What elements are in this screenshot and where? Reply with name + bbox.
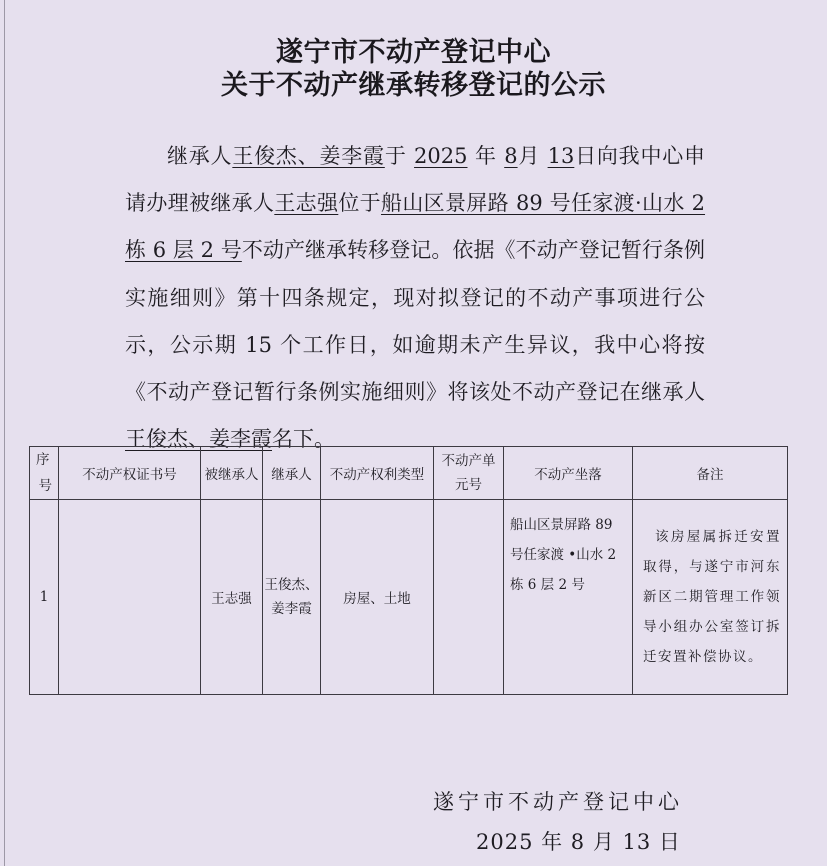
heirs-names: 王俊杰、姜李霞 [232,144,384,168]
cell-heir-line2: 姜李霞 [263,597,320,621]
cell-seq: 1 [30,500,59,695]
inheritance-register-table: 序号 不动产权证书号 被继承人 继承人 不动产权利类型 不动产单元号 不动产坐落… [29,446,788,695]
issuer-signature: 遂宁市不动产登记中心 [433,786,683,816]
body-text-segment: 位于 [338,191,381,215]
application-month: 8 [504,144,517,168]
body-text-segment: 月 [518,144,548,168]
header-certificate-no: 不动产权证书号 [59,447,201,500]
application-year: 2025 [414,144,467,168]
header-decedent: 被继承人 [201,447,263,500]
header-heir: 继承人 [263,447,321,500]
cell-right-type: 房屋、土地 [321,500,434,695]
header-remarks: 备注 [633,447,788,500]
header-location: 不动产坐落 [504,447,633,500]
decedent-name: 王志强 [274,191,338,215]
title-line-2: 关于不动产继承转移登记的公示 [0,63,827,102]
application-day: 13 [548,144,575,168]
notice-paragraph: 继承人王俊杰、姜李霞于 2025 年 8月 13日向我中心申请办理被继承人王志强… [125,133,705,463]
header-unit-no: 不动产单元号 [434,447,504,500]
header-right-type: 不动产权利类型 [321,447,434,500]
header-unit-no-bottom: 元号 [434,473,503,497]
cell-certificate-no [59,500,201,695]
cell-location: 船山区景屏路 89 号任家渡 •山水 2 栋 6 层 2 号 [504,500,633,695]
cell-heir-line1: 王俊杰、 [263,573,320,597]
body-text-segment: 年 [468,144,505,168]
header-unit-no-top: 不动产单 [434,449,503,473]
body-text-segment: 不动产继承转移登记。依据《不动产登记暂行条例实施细则》第十四条规定，现对拟登记的… [125,238,705,404]
header-seq-top: 序 [30,447,58,473]
cell-unit-no [434,500,504,695]
scan-page-edge [4,0,5,866]
header-seq: 序号 [30,447,59,500]
notice-body: 继承人王俊杰、姜李霞于 2025 年 8月 13日向我中心申请办理被继承人王志强… [125,133,705,463]
table-row: 1 王志强 王俊杰、姜李霞 房屋、土地 船山区景屏路 89 号任家渡 •山水 2… [30,500,788,695]
cell-remarks: 该房屋属拆迁安置取得，与遂宁市河东新区二期管理工作领导小组办公室签订拆迁安置补偿… [633,500,788,695]
cell-decedent: 王志强 [201,500,263,695]
cell-remarks-text: 该房屋属拆迁安置取得，与遂宁市河东新区二期管理工作领导小组办公室签订拆迁安置补偿… [643,522,781,672]
body-text-segment: 于 [385,144,414,168]
body-text-segment: 继承人 [167,144,232,168]
cell-heir: 王俊杰、姜李霞 [263,500,321,695]
issue-date: 2025 年 8 月 13 日 [476,826,681,856]
table-header-row: 序号 不动产权证书号 被继承人 继承人 不动产权利类型 不动产单元号 不动产坐落… [30,447,788,500]
header-seq-bottom: 号 [30,473,58,499]
